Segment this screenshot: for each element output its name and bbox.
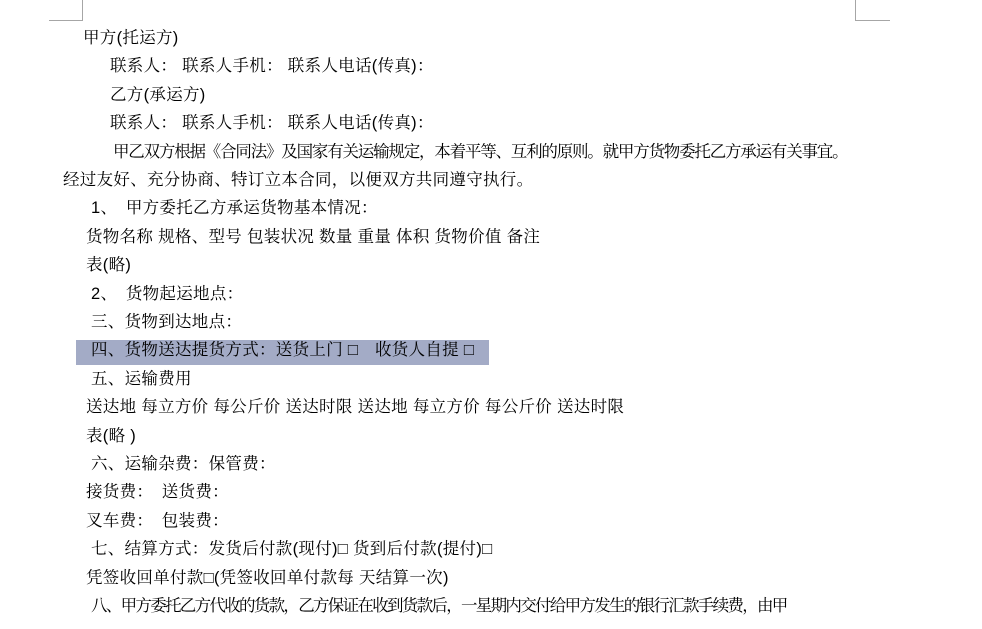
doc-line-party-a[interactable]: 甲方(托运方) (83, 26, 179, 50)
doc-line-fees-2[interactable]: 叉车费： 包装费： (86, 509, 229, 533)
doc-line-item-2[interactable]: 2、 货物起运地点： (91, 282, 243, 306)
doc-line-item-5[interactable]: 五、运输费用 (91, 367, 192, 391)
doc-line-item-8[interactable]: 八、甲方委托乙方代收的货款，乙方保证在收到货款后，一星期内交付给甲方发生的银行汇… (91, 594, 787, 618)
doc-line-table-omitted-2[interactable]: 表(略 ) (86, 424, 136, 448)
doc-line-contact-b[interactable]: 联系人： 联系人手机： 联系人电话(传真)： (110, 111, 434, 135)
doc-line-fee-columns[interactable]: 送达地 每立方价 每公斤价 送达时限 送达地 每立方价 每公斤价 送达时限 (86, 395, 624, 419)
doc-line-contact-a[interactable]: 联系人： 联系人手机： 联系人电话(传真)： (110, 54, 434, 78)
doc-line-goods-columns[interactable]: 货物名称 规格、型号 包装状况 数量 重量 体积 货物价值 备注 (86, 225, 540, 249)
doc-line-item-6[interactable]: 六、运输杂费：保管费： (91, 452, 276, 476)
margin-corner-mark-left (49, 0, 83, 21)
doc-line-preamble-2[interactable]: 经过友好、充分协商、特订立本合同，以便双方共同遵守执行。 (63, 168, 533, 192)
doc-line-item-3[interactable]: 三、货物到达地点： (91, 310, 242, 334)
doc-line-payment-note[interactable]: 凭签收回单付款□(凭签收回单付款每 天结算一次) (86, 566, 449, 590)
margin-corner-mark-right (855, 0, 890, 21)
doc-line-fees-1[interactable]: 接货费： 送货费： (86, 480, 229, 504)
doc-line-item-4-selected[interactable]: 四、货物送达提货方式：送货上门 □ 收货人自提 □ (91, 338, 474, 362)
doc-line-party-b[interactable]: 乙方(承运方) (110, 83, 206, 107)
doc-line-item-1[interactable]: 1、 甲方委托乙方承运货物基本情况： (91, 196, 378, 220)
doc-line-preamble-1[interactable]: 甲乙双方根据《合同法》及国家有关运输规定，本着平等、互利的原则。就甲方货物委托乙… (113, 140, 847, 164)
document-page: 甲方(托运方) 联系人： 联系人手机： 联系人电话(传真)： 乙方(承运方) 联… (0, 0, 982, 629)
doc-line-item-7[interactable]: 七、结算方式：发货后付款(现付)□ 货到后付款(提付)□ (91, 537, 492, 561)
doc-line-table-omitted-1[interactable]: 表(略) (86, 253, 131, 277)
